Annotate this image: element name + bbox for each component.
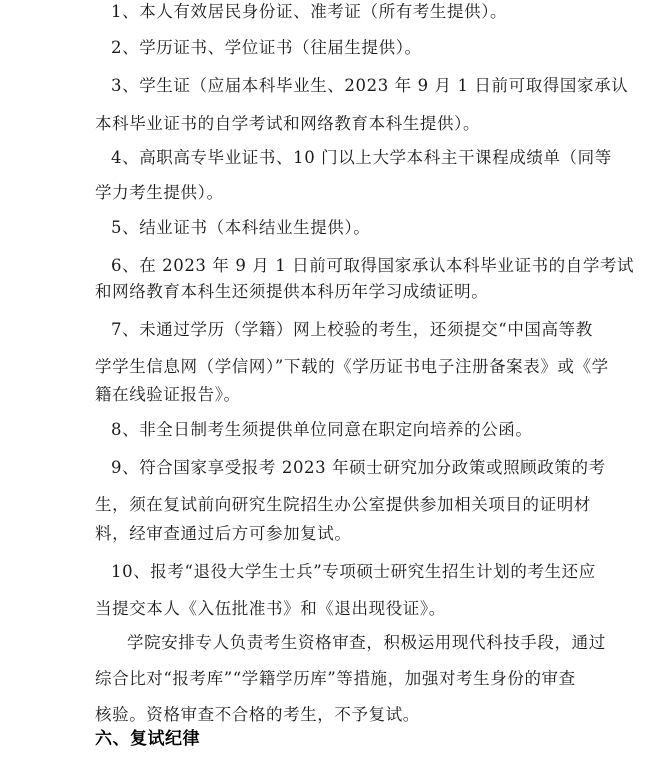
item-6-line-1: 6、在 2023 年 9 月 1 日前可取得国家承认本科毕业证书的自学考试 (111, 254, 634, 278)
item-8-line-1: 8、非全日制考生须提供单位同意在职定向培养的公函。 (111, 418, 533, 442)
item-3-line-2: 本科毕业证书的自学考试和网络教育本科生提供）。 (95, 112, 480, 136)
item-7-line-2: 学学生信息网（学信网）”下载的《学历证书电子注册备案表》或《学 (95, 355, 609, 379)
item-10-line-2: 当提交本人《入伍批准书》和《退出现役证》。 (95, 597, 446, 621)
item-9-line-3: 料，经审查通过后方可参加复试。 (95, 522, 352, 546)
item-7-line-3: 籍在线验证报告》。 (95, 383, 241, 407)
item-3-line-1: 3、学生证（应届本科毕业生、2023 年 9 月 1 日前可取得国家承认 (111, 74, 628, 98)
item-4-line-2: 学力考生提供）。 (95, 181, 224, 205)
item-9-line-2: 生，须在复试前向研究生院招生办公室提供参加相关项目的证明材 (95, 493, 591, 517)
item-6-line-2: 和网络教育本科生还须提供本科历年学习成绩证明。 (95, 280, 488, 304)
paragraph-line-1: 学院安排专人负责考生资格审查，积极运用现代科技手段，通过 (127, 631, 606, 655)
item-4-line-1: 4、高职高专毕业证书、10 门以上大学本科主干课程成绩单（同等 (111, 146, 612, 170)
item-7-line-1: 7、未通过学历（学籍）网上校验的考生，还须提交“中国高等教 (111, 318, 593, 342)
paragraph-line-2: 综合比对“报考库”“学籍学历库”等措施，加强对考生身份的审查 (95, 667, 576, 691)
item-9-line-1: 9、符合国家享受报考 2023 年硕士研究加分政策或照顾政策的考 (111, 456, 606, 480)
item-2-line-1: 2、学历证书、学位证书（往届生提供）。 (111, 36, 422, 60)
item-1-line-1: 1、本人有效居民身份证、准考证（所有考生提供）。 (111, 0, 507, 24)
section-heading: 六、复试纪律 (95, 727, 200, 751)
paragraph-line-3: 核验。资格审查不合格的考生，不予复试。 (95, 703, 420, 727)
item-5-line-1: 5、结业证书（本科结业生提供）。 (111, 216, 370, 240)
item-10-line-1: 10、报考“退役大学生士兵”专项硕士研究生招生计划的考生还应 (111, 560, 596, 584)
